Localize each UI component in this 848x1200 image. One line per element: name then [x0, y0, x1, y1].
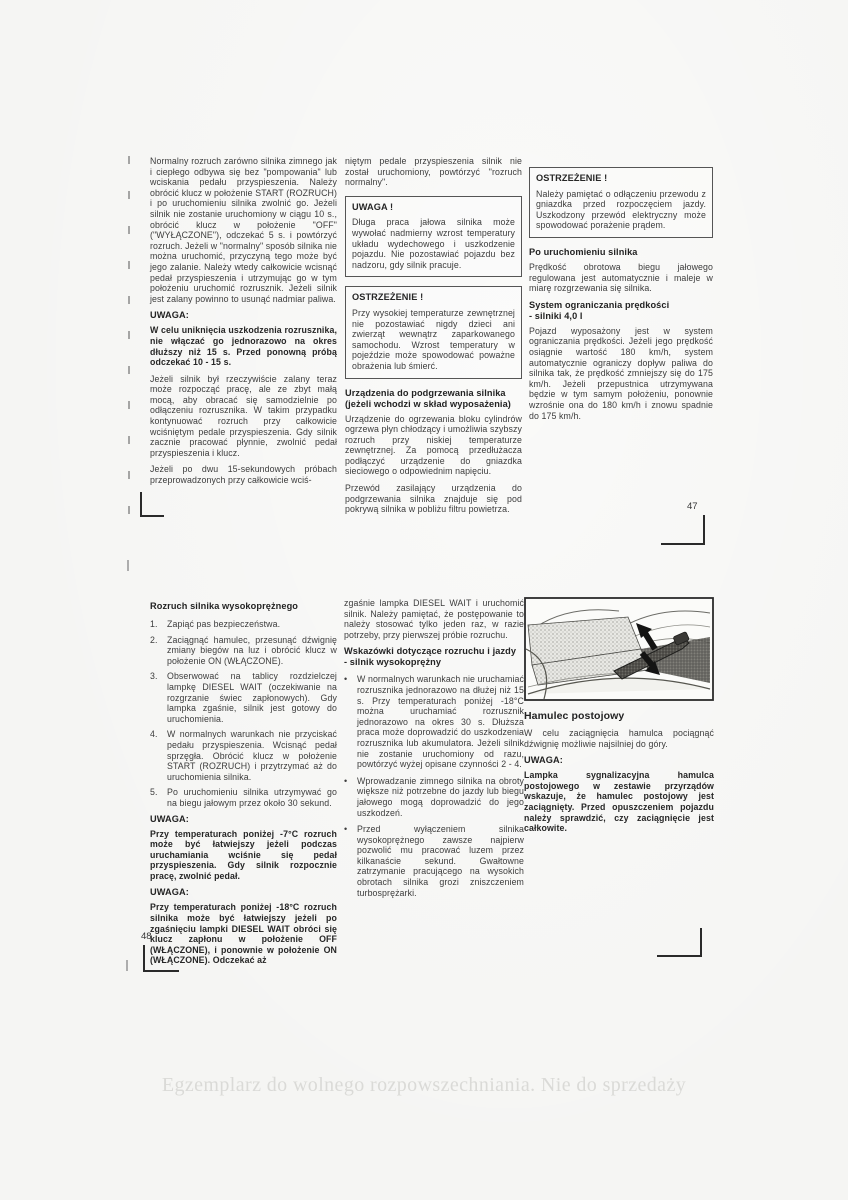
list-item: 3. Obserwować na tablicy rozdzielczej la…	[150, 671, 337, 724]
list-item-text: Zapiąć pas bezpieczeństwa.	[167, 619, 337, 630]
page-number-47: 47	[687, 501, 698, 512]
bullet-item-text: Wprowadzanie zimnego silnika na obroty w…	[357, 776, 524, 818]
warning-box-title: OSTRZEŻENIE !	[536, 173, 706, 184]
bullet-icon: •	[344, 824, 357, 898]
page47-column-2: niętym pedale przyspieszenia silnik nie …	[345, 156, 522, 521]
paragraph: Przewód zasilający urządzenia do podgrze…	[345, 483, 522, 515]
bullet-item-text: Przed wyłączeniem silnika wysokoprężnego…	[357, 824, 524, 898]
list-item-text: Obserwować na tablicy rozdzielczej lampk…	[167, 671, 337, 724]
distribution-watermark: Egzemplarz do wolnego rozpowszechniania.…	[0, 1074, 848, 1097]
crop-corner-mark	[143, 945, 179, 972]
caution-box-body: Długa praca jałowa silnika może wywołać …	[352, 217, 515, 270]
note-title: UWAGA:	[150, 814, 337, 825]
paragraph: Jeżeli po dwu 15-sekundowych próbach prz…	[150, 464, 337, 485]
bullet-item-text: W normalnych warunkach nie uruchamiać ro…	[357, 674, 524, 769]
list-item-text: W normalnych warunkach nie przyciskać pe…	[167, 729, 337, 782]
warning-box: OSTRZEŻENIE ! Przy wysokiej temperaturze…	[345, 286, 522, 378]
bullet-icon: •	[344, 674, 357, 769]
warning-box: OSTRZEŻENIE ! Należy pamiętać o odłączen…	[529, 167, 713, 238]
note-body: Lampka sygnalizacyjna hamulca postojoweg…	[524, 770, 714, 834]
section-heading: Urządzenia do podgrzewania silnika	[345, 388, 522, 399]
section-heading: Rozruch silnika wysokoprężnego	[150, 601, 337, 612]
section-heading: Wskazówki dotyczące rozruchu i jazdy	[344, 646, 524, 657]
warning-box-title: OSTRZEŻENIE !	[352, 292, 515, 303]
bullet-item: • Przed wyłączeniem silnika wysokoprężne…	[344, 824, 524, 898]
paragraph: W celu zaciągnięcia hamulca pociągnąć dź…	[524, 728, 714, 749]
bullet-item: • Wprowadzanie zimnego silnika na obroty…	[344, 776, 524, 818]
note-title: UWAGA:	[150, 310, 337, 321]
paragraph: Pojazd wyposażony jest w system ogranicz…	[529, 326, 713, 421]
crop-corner-mark	[661, 515, 705, 545]
paragraph: niętym pedale przyspieszenia silnik nie …	[345, 156, 522, 188]
warning-box-body: Przy wysokiej temperaturze zewnętrznej n…	[352, 308, 515, 372]
paragraph: Urządzenie do ogrzewania bloku cylindrów…	[345, 414, 522, 478]
page48-column-1: Rozruch silnika wysokoprężnego 1. Zapiąć…	[150, 598, 337, 972]
list-number: 1.	[150, 619, 167, 630]
note-title: UWAGA:	[150, 887, 337, 898]
bullet-icon: •	[344, 776, 357, 818]
list-number: 2.	[150, 635, 167, 667]
left-edge-registration-ticks	[128, 156, 130, 534]
paragraph: zgaśnie lampka DIESEL WAIT i uruchomić s…	[344, 598, 524, 640]
list-item: 4. W normalnych warunkach nie przyciskać…	[150, 729, 337, 782]
crop-corner-mark	[140, 492, 164, 517]
list-item-text: Po uruchomieniu silnika utrzymywać go na…	[167, 787, 337, 808]
section-heading-line2: (jeżeli wchodzi w skład wyposażenia)	[345, 399, 522, 410]
parking-brake-illustration	[524, 597, 714, 701]
list-number: 3.	[150, 671, 167, 724]
page48-column-3: Hamulec postojowy W celu zaciągnięcia ha…	[524, 597, 714, 840]
section-heading: Po uruchomieniu silnika	[529, 247, 713, 258]
page-number-48: 48	[141, 931, 152, 942]
note-body: Przy temperaturach poniżej -7°C rozruch …	[150, 829, 337, 882]
paragraph: Jeżeli silnik był rzeczywiście zalany te…	[150, 374, 337, 459]
note-title: UWAGA:	[524, 755, 714, 766]
list-item: 2. Zaciągnąć hamulec, przesunąć dźwignię…	[150, 635, 337, 667]
section-heading: Hamulec postojowy	[524, 711, 714, 722]
bullet-item: • W normalnych warunkach nie uruchamiać …	[344, 674, 524, 769]
crop-corner-mark	[657, 928, 702, 957]
paragraph: Prędkość obrotowa biegu jałowego regulow…	[529, 262, 713, 294]
section-heading: System ograniczania prędkości	[529, 300, 713, 311]
list-item-text: Zaciągnąć hamulec, przesunąć dźwignię zm…	[167, 635, 337, 667]
note-body: W celu uniknięcia uszkodzenia rozrusznik…	[150, 325, 337, 367]
list-number: 5.	[150, 787, 167, 808]
list-number: 4.	[150, 729, 167, 782]
section-heading-line2: - silniki 4,0 l	[529, 311, 713, 322]
page47-column-3: OSTRZEŻENIE ! Należy pamiętać o odłączen…	[529, 156, 713, 427]
caution-box: UWAGA ! Długa praca jałowa silnika może …	[345, 196, 522, 278]
left-edge-tick	[126, 960, 128, 971]
section-heading-line2: - silnik wysokoprężny	[344, 657, 524, 668]
page48-column-2: zgaśnie lampka DIESEL WAIT i uruchomić s…	[344, 598, 524, 904]
left-edge-tick	[127, 560, 129, 571]
page47-column-1: Normalny rozruch zarówno silnika zimnego…	[150, 156, 337, 492]
paragraph: Normalny rozruch zarówno silnika zimnego…	[150, 156, 337, 304]
caution-box-title: UWAGA !	[352, 202, 515, 213]
list-item: 1. Zapiąć pas bezpieczeństwa.	[150, 619, 337, 630]
list-item: 5. Po uruchomieniu silnika utrzymywać go…	[150, 787, 337, 808]
warning-box-body: Należy pamiętać o odłączeniu przewodu z …	[536, 189, 706, 231]
